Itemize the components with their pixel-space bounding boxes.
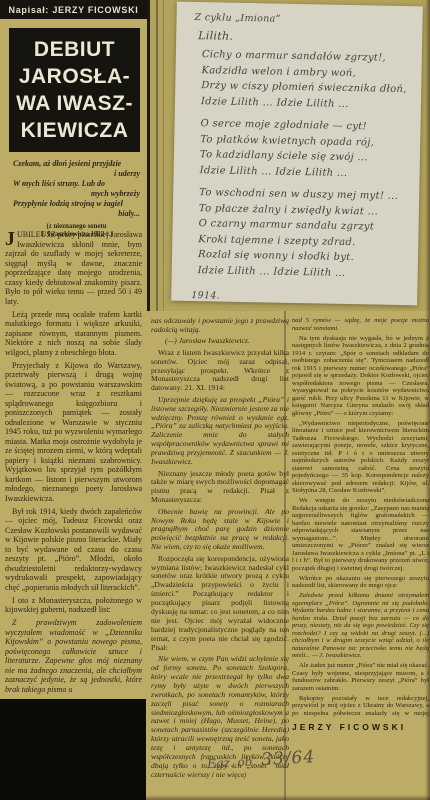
- middle-column: nas odczuwały i powstanie jego z prawdzi…: [151, 317, 289, 790]
- byline-header: Napisał: JERZY FICOWSKI: [0, 0, 147, 19]
- pencil-note-number: 33/64: [261, 747, 316, 770]
- manuscript-stanza: To wschodni sen w duszy mej myt! ... To …: [198, 185, 420, 282]
- right-column: nad 5 rymów — sądzę, że moje poezje możn…: [292, 317, 429, 717]
- quoted-letter: Uprzejmie dziękuję za prospekt „Pióra” i…: [151, 396, 289, 467]
- quoted-letter: Z prawdziwym zadowoleniem wyczytałem wia…: [5, 618, 142, 694]
- manuscript-title: Lilith.: [198, 28, 422, 48]
- paragraph: Przyjechały z Kijowa do Warszawy, przetr…: [5, 361, 142, 504]
- paragraph: I oto z Monasteryszcza, położonego w kij…: [5, 596, 142, 615]
- paragraph: JUBILEUSZ pracy pisarskiej Jarosława Iwa…: [5, 230, 142, 306]
- manuscript-photo: Z cyklu „Imiona” Lilith. Cichy o marmur …: [147, 0, 430, 311]
- page-edge-shadow: [146, 795, 430, 800]
- paragraph: Wraz z listem Iwaszkiewicz przysłał kilk…: [151, 349, 289, 394]
- epigraph-line: i uderzy: [13, 169, 140, 179]
- paragraph: „Wydawnictwo nieperiodyczne, poświęcone …: [292, 420, 429, 495]
- byline-text: Napisał: JERZY FICOWSKI: [9, 5, 139, 15]
- epigraph-line: mych wybrzeży: [13, 189, 140, 199]
- pencil-note-prefix: Egz. ob.: [207, 754, 257, 771]
- quoted-letter: nas odczuwały i powstanie jego z prawdzi…: [151, 317, 289, 335]
- manuscript-paper: Z cyklu „Imiona” Lilith. Cichy o marmur …: [171, 2, 423, 306]
- quoted-letter: nad 5 rymów — sądzę, że moje poezje możn…: [292, 317, 429, 332]
- paragraph: Był rok 1914, kiedy dwóch zapaleńców — o…: [5, 507, 142, 593]
- photo-crease: [156, 0, 158, 311]
- photo-edge-line: [147, 0, 150, 311]
- photo-crease: [163, 0, 164, 311]
- manuscript-stanza: O serce moje zgłodniałe — cyt! To płatkó…: [200, 116, 421, 182]
- pencil-note: Egz. ob. 33/64: [207, 747, 316, 773]
- letter-signature: (—) Jarosław Iwaszkiewicz.: [151, 337, 289, 346]
- page-crease: [284, 311, 286, 800]
- left-column: JUBILEUSZ pracy pisarskiej Jarosława Iwa…: [5, 230, 142, 697]
- paragraph: Na tym dyskusja nie wygasła, bo w jednym…: [292, 335, 429, 418]
- article-title-box: DEBIUT JAROSŁA- WA IWASZ- KIEWICZA: [9, 28, 140, 152]
- title-line: JAROSŁA-: [19, 63, 130, 90]
- title-line: WA IWASZ-: [16, 90, 133, 117]
- epigraph-line: Przypłynie łodzią strojną w żagiel: [13, 199, 140, 209]
- paragraph: Wkrótce po ukazaniu się pierwszego zeszy…: [292, 575, 429, 590]
- epigraph-line: biały...: [13, 209, 140, 219]
- paragraph: We wstępie do zeszytu niedoświadczona Re…: [292, 497, 429, 572]
- epigraph-line: W mych liści struny. Lub do: [13, 179, 140, 189]
- title-line: DEBIUT: [34, 36, 115, 63]
- page-edge-shadow: [425, 0, 430, 800]
- manuscript-date: 1914.: [191, 288, 417, 308]
- epigraph: Czekam, aż dłoń jesieni przyjdzie i uder…: [13, 159, 140, 239]
- poem-line: Idzie Lilith ... Idzie Lilith ...: [198, 263, 418, 283]
- epigraph-line: Czekam, aż dłoń jesieni przyjdzie: [13, 159, 140, 169]
- author-signature: JERZY FICOWSKI: [292, 722, 429, 732]
- magazine-page: Napisał: JERZY FICOWSKI DEBIUT JAROSŁA- …: [0, 0, 430, 800]
- manuscript-stanza: Cichy o marmur sandałów zgrzyt!, Kadzidł…: [201, 47, 422, 113]
- paragraph: Rozpoczęła się korespondencja, ożywiona …: [151, 555, 289, 653]
- quoted-letter: Obecnie bawię na prowincji. Ale po Nowym…: [151, 508, 289, 553]
- quoted-letter: Zaledwie przed kilkoma dniami otrzymałem…: [292, 592, 429, 660]
- paragraph: Leżą przede mną ocalałe trafem kartki ma…: [5, 310, 142, 358]
- dropcap: J: [5, 230, 15, 248]
- poem-line: Idzie Lilith ... Idzie Lilith ...: [200, 163, 420, 183]
- manuscript-cycle: Z cyklu „Imiona”: [194, 10, 422, 30]
- paragraph: Ale żaden już numer „Pióra” nie miał się…: [292, 662, 429, 692]
- paragraph: Nieznany jeszcze młody poeta gotów był t…: [151, 470, 289, 506]
- title-line: KIEWICZA: [21, 117, 129, 144]
- paragraph: Rękopisy pozostały w tece redakcyjnej, p…: [292, 695, 429, 718]
- scan-black-area: [0, 699, 146, 800]
